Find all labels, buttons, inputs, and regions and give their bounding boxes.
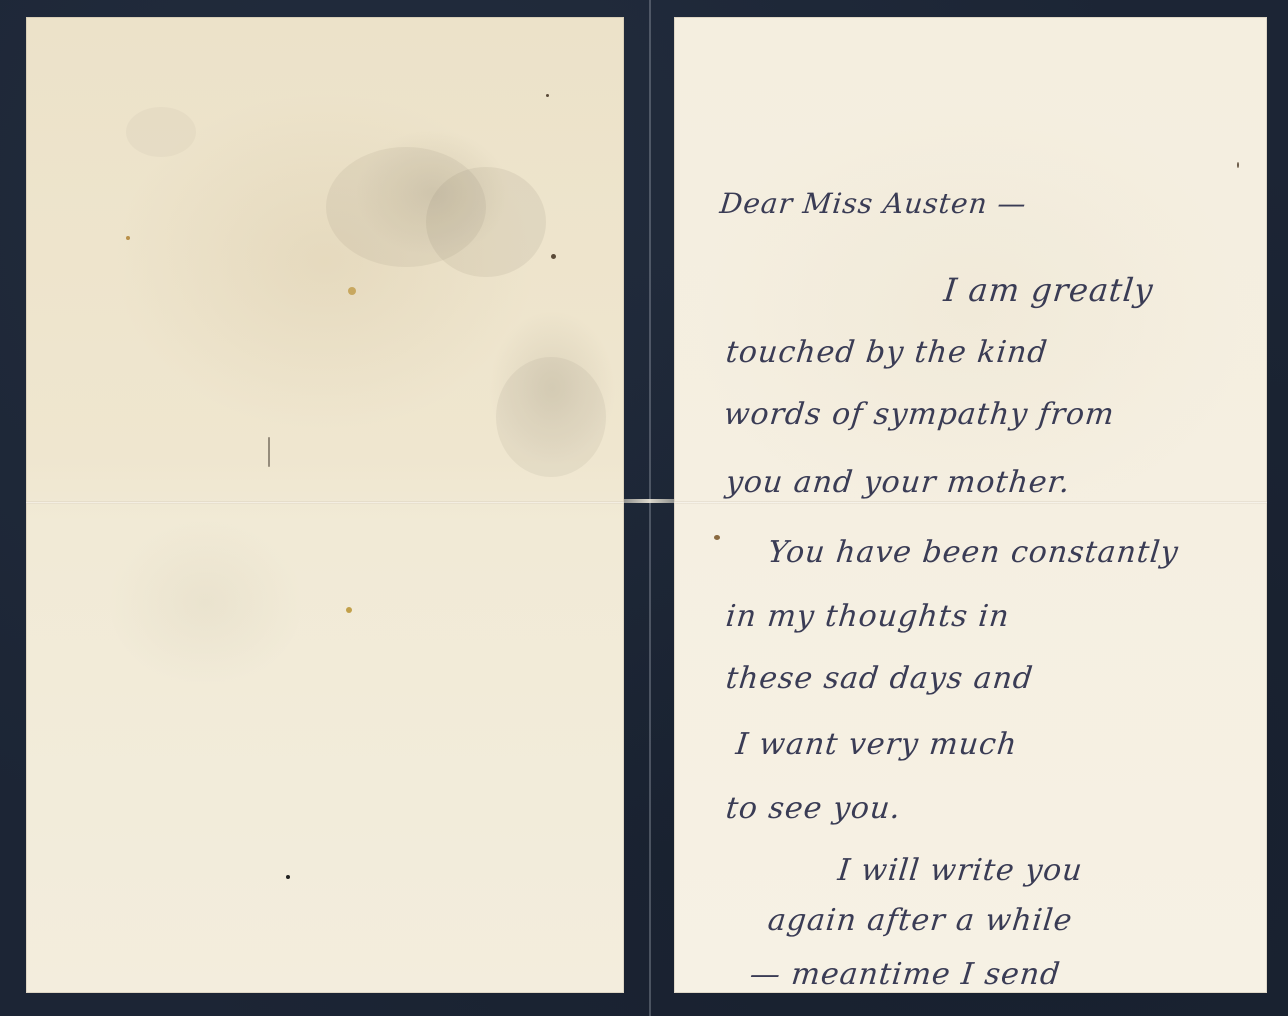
letter-line-5: You have been constantly (766, 535, 1180, 570)
salutation: Dear Miss Austen — (718, 187, 1028, 220)
letter-line-12: — meantime I send (748, 957, 1062, 992)
speck (348, 287, 356, 295)
fold-crease-gutter (624, 499, 674, 503)
letter-line-7: these sad days and (724, 661, 1035, 696)
letter-line-3: words of sympathy from (722, 397, 1116, 432)
fold-gutter-line (649, 0, 651, 1016)
letter-line-1: I am greatly (942, 271, 1155, 309)
speck (346, 607, 352, 613)
letter-line-10: I will write you (836, 853, 1084, 888)
left-page-blank (26, 17, 624, 993)
letter-line-8: I want very much (734, 727, 1019, 762)
horizontal-fold (26, 501, 624, 504)
letter-line-6: in my thoughts in (724, 599, 1011, 634)
stain (426, 167, 546, 277)
right-page-letter: Dear Miss Austen — I am greatly touched … (674, 17, 1267, 993)
stain (496, 357, 606, 477)
speck (551, 254, 556, 259)
stain (126, 107, 196, 157)
letter-line-9: to see you. (724, 791, 903, 826)
letter-line-11: again after a while (766, 903, 1074, 938)
handwritten-letter-body: Dear Miss Austen — I am greatly touched … (674, 17, 1267, 993)
speck (546, 94, 549, 97)
speck (126, 236, 130, 240)
speck (286, 875, 290, 879)
speck (268, 437, 270, 467)
letter-line-2: touched by the kind (724, 335, 1049, 370)
letter-line-4: you and your mother. (724, 465, 1072, 500)
